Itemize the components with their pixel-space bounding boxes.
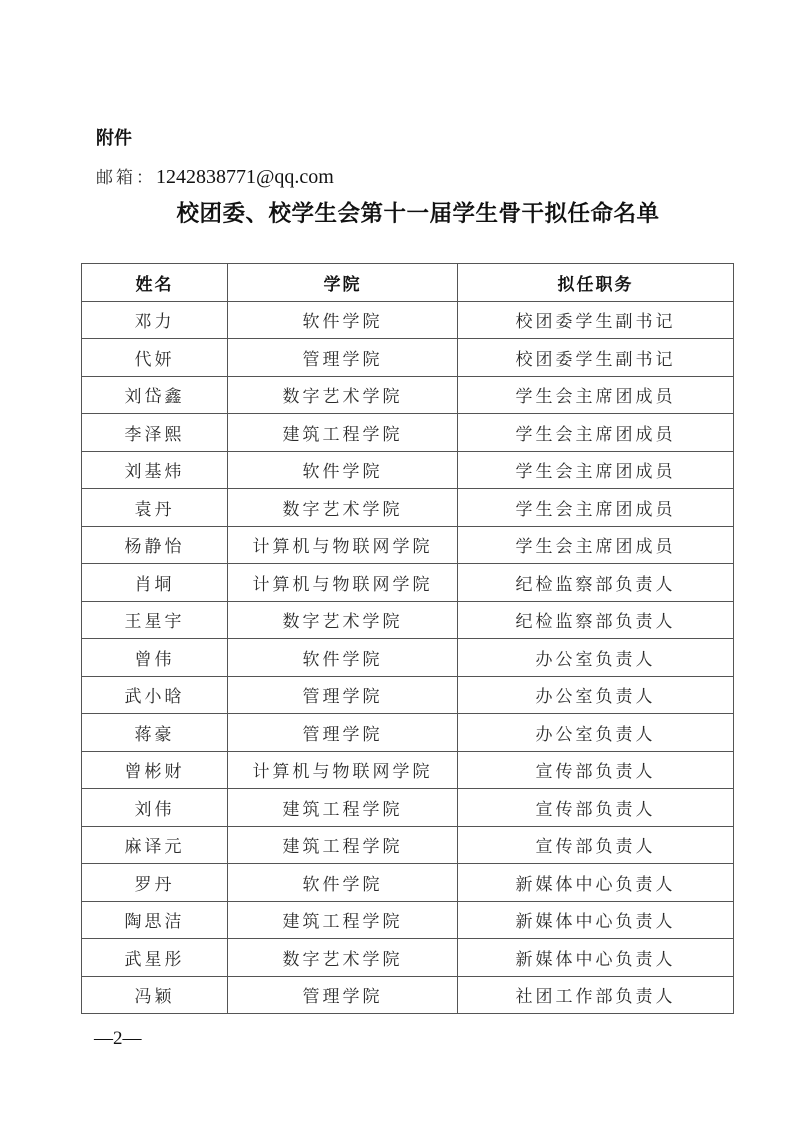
page-number: —2— [94, 1028, 142, 1050]
cell-position: 校团委学生副书记 [458, 339, 734, 377]
cell-position: 办公室负责人 [458, 714, 734, 752]
column-header-college: 学院 [228, 264, 458, 302]
attachment-label: 附件 [96, 124, 132, 150]
cell-name: 陶思洁 [82, 901, 228, 939]
email-value: 1242838771@qq.com [156, 166, 334, 188]
cell-name: 王星宇 [82, 601, 228, 639]
cell-college: 建筑工程学院 [228, 789, 458, 827]
cell-position: 学生会主席团成员 [458, 526, 734, 564]
cell-name: 冯颖 [82, 976, 228, 1014]
cell-college: 管理学院 [228, 676, 458, 714]
cell-position: 办公室负责人 [458, 676, 734, 714]
table-row: 曾伟软件学院办公室负责人 [82, 639, 734, 677]
cell-college: 软件学院 [228, 639, 458, 677]
table-row: 刘岱鑫数字艺术学院学生会主席团成员 [82, 376, 734, 414]
cell-position: 纪检监察部负责人 [458, 601, 734, 639]
table-row: 罗丹软件学院新媒体中心负责人 [82, 864, 734, 902]
cell-name: 曾伟 [82, 639, 228, 677]
cell-name: 李泽熙 [82, 414, 228, 452]
cell-position: 办公室负责人 [458, 639, 734, 677]
cell-name: 刘岱鑫 [82, 376, 228, 414]
cell-college: 软件学院 [228, 864, 458, 902]
table-row: 袁丹数字艺术学院学生会主席团成员 [82, 489, 734, 527]
cell-position: 学生会主席团成员 [458, 414, 734, 452]
document-title: 校团委、校学生会第十一届学生骨干拟任命名单 [0, 196, 794, 228]
cell-name: 罗丹 [82, 864, 228, 902]
cell-name: 杨静怡 [82, 526, 228, 564]
cell-position: 校团委学生副书记 [458, 301, 734, 339]
table-row: 王星宇数字艺术学院纪检监察部负责人 [82, 601, 734, 639]
cell-position: 学生会主席团成员 [458, 451, 734, 489]
cell-position: 新媒体中心负责人 [458, 901, 734, 939]
cell-college: 管理学院 [228, 714, 458, 752]
cell-name: 武小晗 [82, 676, 228, 714]
cell-name: 邓力 [82, 301, 228, 339]
cell-college: 数字艺术学院 [228, 601, 458, 639]
cell-position: 宣传部负责人 [458, 751, 734, 789]
cell-college: 管理学院 [228, 339, 458, 377]
table-row: 麻译元建筑工程学院宣传部负责人 [82, 826, 734, 864]
email-line: 邮箱：1242838771@qq.com [96, 163, 334, 189]
cell-name: 代妍 [82, 339, 228, 377]
cell-college: 建筑工程学院 [228, 826, 458, 864]
cell-position: 新媒体中心负责人 [458, 939, 734, 977]
cell-name: 刘基炜 [82, 451, 228, 489]
cell-name: 蒋豪 [82, 714, 228, 752]
cell-college: 计算机与物联网学院 [228, 526, 458, 564]
cell-position: 宣传部负责人 [458, 789, 734, 827]
cell-name: 刘伟 [82, 789, 228, 827]
cell-college: 数字艺术学院 [228, 376, 458, 414]
cell-college: 数字艺术学院 [228, 489, 458, 527]
table-row: 杨静怡计算机与物联网学院学生会主席团成员 [82, 526, 734, 564]
cell-college: 数字艺术学院 [228, 939, 458, 977]
column-header-position: 拟任职务 [458, 264, 734, 302]
appointment-table: 姓名 学院 拟任职务 邓力软件学院校团委学生副书记代妍管理学院校团委学生副书记刘… [81, 263, 734, 1014]
cell-name: 曾彬财 [82, 751, 228, 789]
table-row: 邓力软件学院校团委学生副书记 [82, 301, 734, 339]
cell-college: 软件学院 [228, 451, 458, 489]
table-row: 武星彤数字艺术学院新媒体中心负责人 [82, 939, 734, 977]
cell-name: 武星彤 [82, 939, 228, 977]
table-row: 陶思洁建筑工程学院新媒体中心负责人 [82, 901, 734, 939]
table-row: 刘基炜软件学院学生会主席团成员 [82, 451, 734, 489]
table-row: 曾彬财计算机与物联网学院宣传部负责人 [82, 751, 734, 789]
cell-position: 社团工作部负责人 [458, 976, 734, 1014]
table-row: 蒋豪管理学院办公室负责人 [82, 714, 734, 752]
table-row: 代妍管理学院校团委学生副书记 [82, 339, 734, 377]
table-header-row: 姓名 学院 拟任职务 [82, 264, 734, 302]
table-row: 肖垌计算机与物联网学院纪检监察部负责人 [82, 564, 734, 602]
table-row: 武小晗管理学院办公室负责人 [82, 676, 734, 714]
cell-college: 计算机与物联网学院 [228, 564, 458, 602]
cell-college: 管理学院 [228, 976, 458, 1014]
cell-name: 麻译元 [82, 826, 228, 864]
cell-college: 软件学院 [228, 301, 458, 339]
cell-position: 新媒体中心负责人 [458, 864, 734, 902]
table-row: 冯颖管理学院社团工作部负责人 [82, 976, 734, 1014]
table-row: 李泽熙建筑工程学院学生会主席团成员 [82, 414, 734, 452]
cell-college: 建筑工程学院 [228, 901, 458, 939]
column-header-name: 姓名 [82, 264, 228, 302]
cell-name: 肖垌 [82, 564, 228, 602]
email-label: 邮箱： [96, 168, 156, 188]
cell-name: 袁丹 [82, 489, 228, 527]
cell-college: 建筑工程学院 [228, 414, 458, 452]
cell-position: 宣传部负责人 [458, 826, 734, 864]
cell-position: 纪检监察部负责人 [458, 564, 734, 602]
table-row: 刘伟建筑工程学院宣传部负责人 [82, 789, 734, 827]
cell-position: 学生会主席团成员 [458, 489, 734, 527]
cell-college: 计算机与物联网学院 [228, 751, 458, 789]
cell-position: 学生会主席团成员 [458, 376, 734, 414]
